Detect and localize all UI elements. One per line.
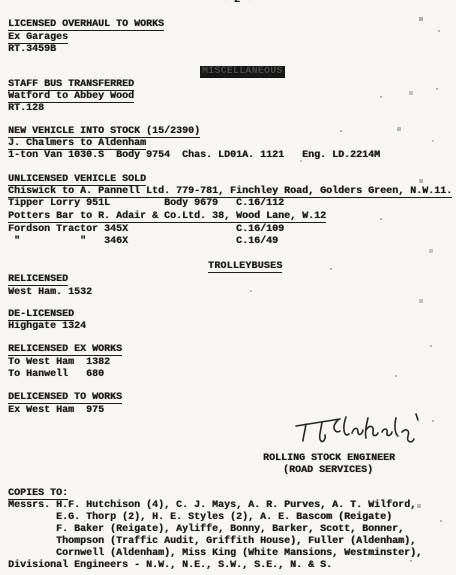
- copies-divisional-engineers-line: Divisional Engineers - N.W., N.E., S.W.,…: [8, 560, 332, 571]
- de-licensed-heading: DE-LICENSED: [8, 309, 74, 321]
- delicensed-to-works-heading: DELICENSED TO WORKS: [8, 392, 122, 404]
- staff-bus-subheading: Watford to Abbey Wood: [8, 91, 134, 103]
- licensed-overhaul-subheading: Ex Garages: [8, 32, 68, 44]
- unlicensed-sold-sale2-entry1: Fordson Tractor 345X C.16/109: [8, 224, 284, 235]
- staff-bus-heading: STAFF BUS TRANSFERRED: [8, 79, 134, 91]
- scan-noise: [0, 0, 2, 2]
- copies-line: E.G. Thorp (2), H. E. Styles (2), A. E. …: [56, 512, 392, 523]
- delicensed-to-works-entry1: Ex West Ham 975: [8, 405, 104, 416]
- miscellaneous-title: MISCELLANEOUS: [200, 66, 285, 78]
- unlicensed-sold-sale2-heading: Potters Bar to R. Adair & Co.Ltd. 38, Wo…: [8, 211, 326, 223]
- signoff-role-line2: (ROAD SERVICES): [283, 465, 373, 476]
- new-vehicle-entry: 1-ton Van 1030.S Body 9754 Chas. LD01A. …: [8, 150, 380, 161]
- handwritten-signature: [250, 412, 422, 456]
- unlicensed-sold-heading: UNLICENSED VEHICLE SOLD: [8, 174, 146, 186]
- new-vehicle-heading: NEW VEHICLE INTO STOCK (15/2390): [8, 126, 200, 138]
- copies-line: Cornwell (Aldenham), Miss King (White Ma…: [56, 548, 422, 559]
- relicensed-ex-works-entry1: To West Ham 1382: [8, 357, 110, 368]
- licensed-overhaul-entry: RT.3459B: [8, 44, 56, 55]
- relicensed-ex-works-heading: RELICENSED EX WORKS: [8, 344, 122, 356]
- copies-line: Messrs. H.F. Hutchison (4), C. J. Mays, …: [8, 500, 416, 511]
- unlicensed-sold-sale2-entry2: " " 346X C.16/49: [8, 236, 278, 247]
- unlicensed-sold-sale1-heading: Chiswick to A. Pannell Ltd. 779-781, Fin…: [8, 186, 452, 198]
- unlicensed-sold-sale1-entry: Tipper Lorry 951L Body 9679 C.16/112: [8, 198, 284, 209]
- signoff-role-line1: ROLLING STOCK ENGINEER: [263, 453, 395, 464]
- trolleybuses-title: TROLLEYBUSES: [208, 261, 282, 273]
- copies-heading: COPIES TO:: [8, 488, 68, 500]
- page-number: - 2 -: [222, 0, 252, 6]
- relicensed-heading: RELICENSED: [8, 274, 68, 286]
- staff-bus-entry: RT.128: [8, 103, 44, 114]
- de-licensed-entry: Highgate 1324: [8, 321, 86, 332]
- new-vehicle-subheading: J. Chalmers to Aldenham: [8, 138, 146, 150]
- copies-line: Thompson (Traffic Audit, Griffith House)…: [56, 536, 416, 547]
- copies-line: F. Baker (Reigate), Ayliffe, Bonny, Bark…: [56, 524, 404, 535]
- scanned-memo-page: - 2 - LICENSED OVERHAUL TO WORKS Ex Gara…: [0, 0, 456, 575]
- relicensed-ex-works-entry2: To Hanwell 680: [8, 369, 104, 380]
- licensed-overhaul-heading: LICENSED OVERHAUL TO WORKS: [8, 19, 164, 31]
- relicensed-entry: West Ham. 1532: [8, 287, 92, 298]
